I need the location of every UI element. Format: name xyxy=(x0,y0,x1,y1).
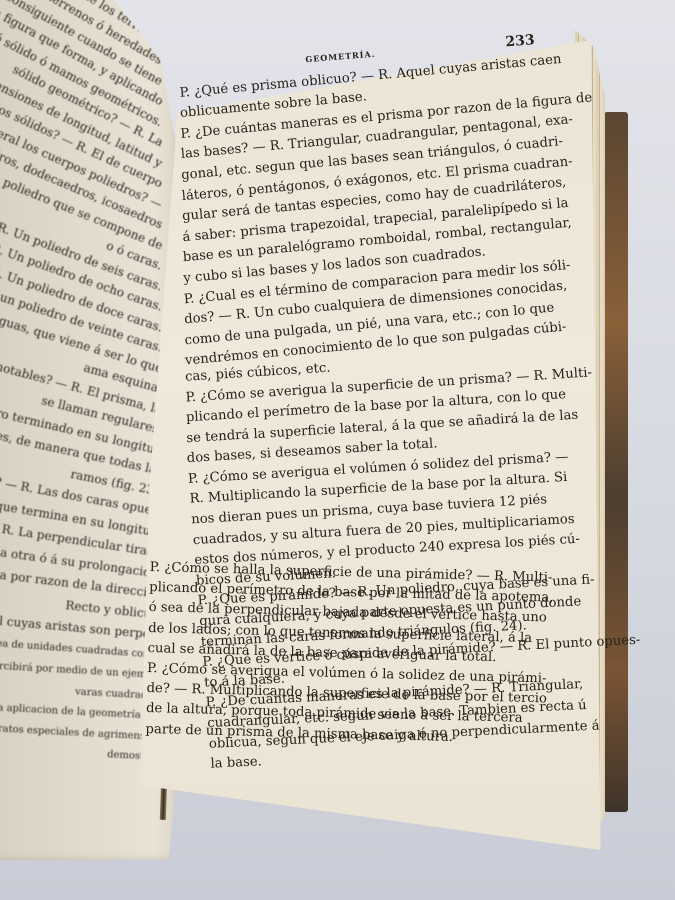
book-cover-edge xyxy=(604,112,628,812)
page-number: 233 xyxy=(505,30,536,53)
book-photo: , la cual indicará el valor desobre la m… xyxy=(0,0,675,900)
running-head: GEOMETRÍA. xyxy=(305,44,377,70)
right-page-bottom-lines: P. ¿Cómo se halla la superficie de una p… xyxy=(145,558,550,750)
